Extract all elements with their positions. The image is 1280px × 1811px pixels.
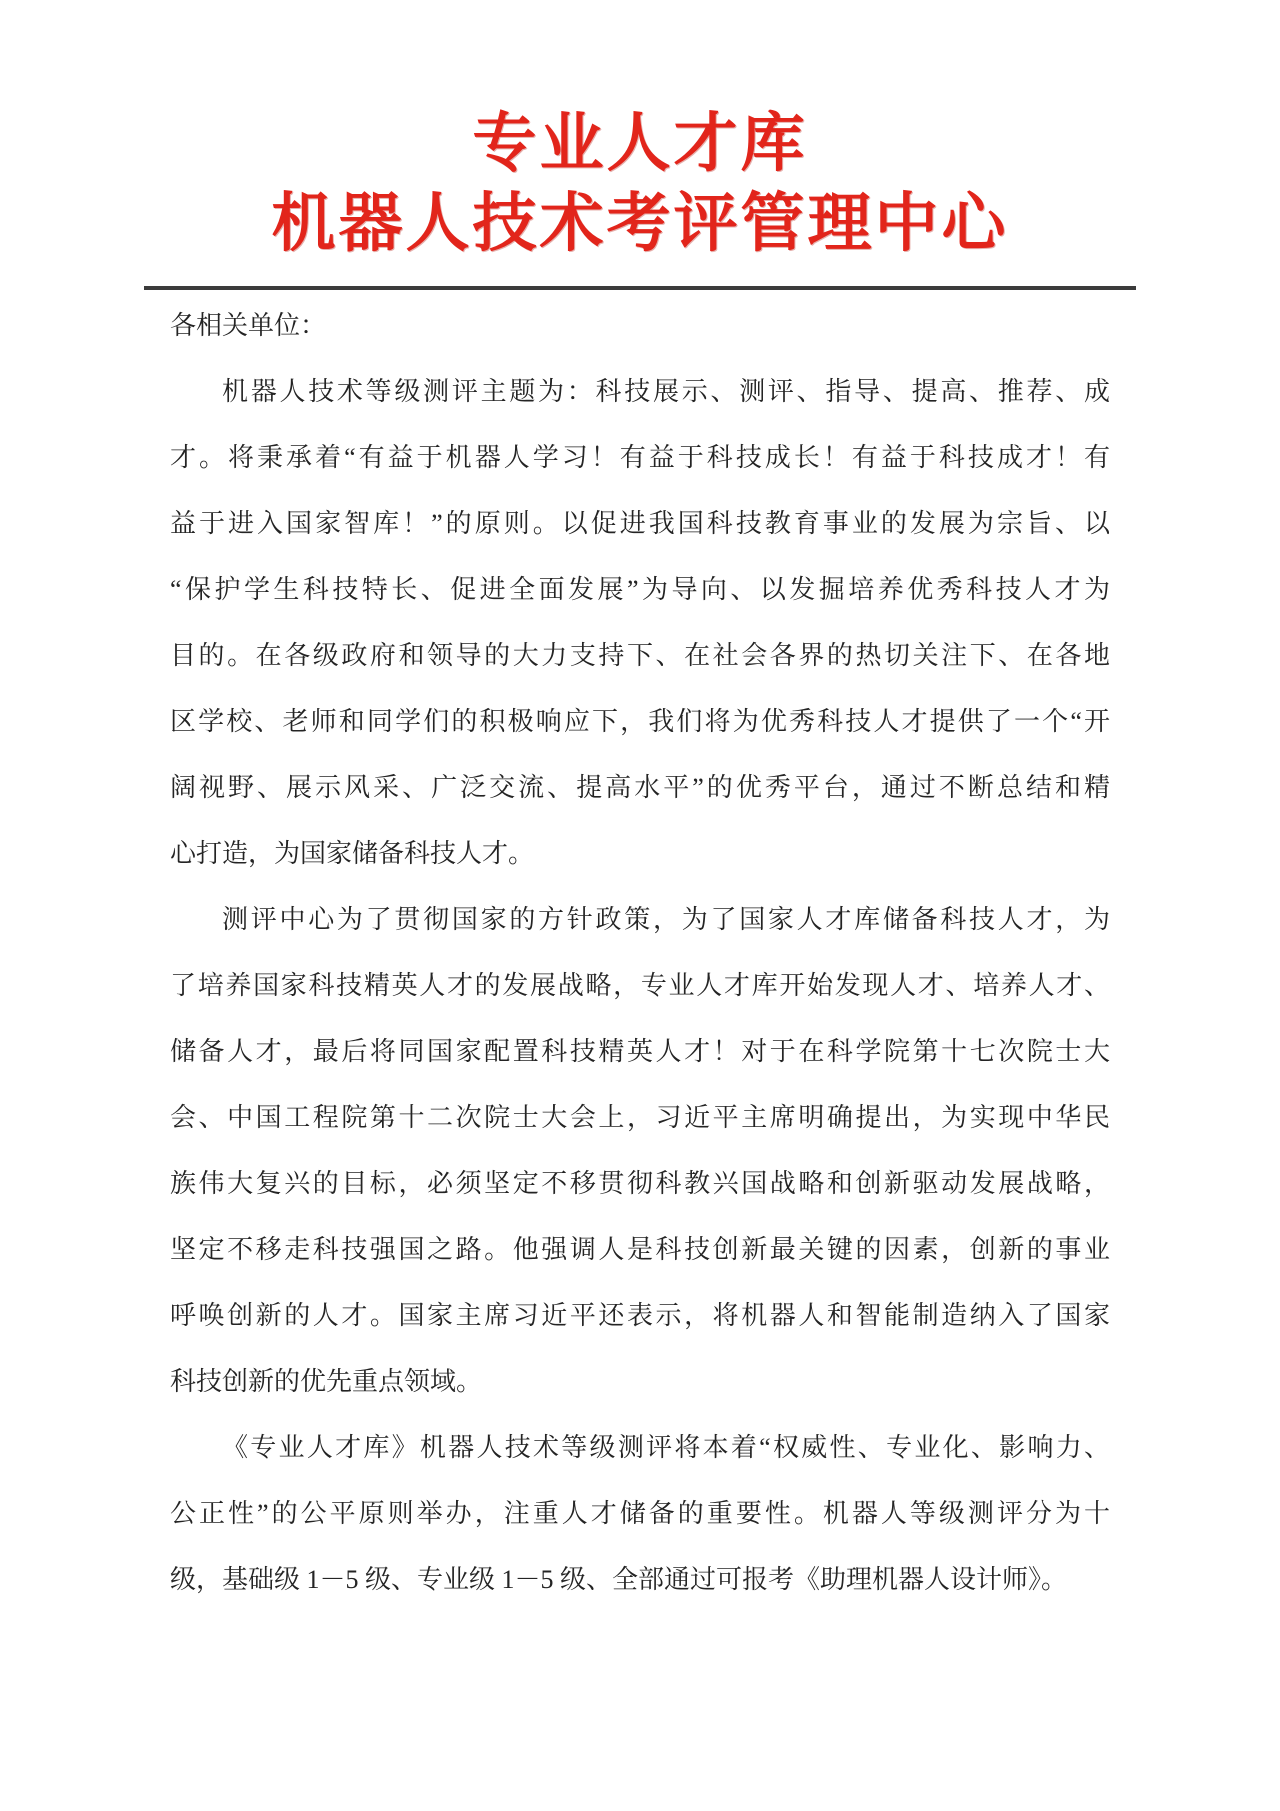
body-line: 族伟大复兴的目标，必须坚定不移贯彻科教兴国战略和创新驱动发展战略，: [170, 1151, 1110, 1217]
document-page: 专业人才库 机器人技术考评管理中心 各相关单位： 机器人技术等级测评主题为：科技…: [0, 0, 1280, 1811]
body-line: 区学校、老师和同学们的积极响应下，我们将为优秀科技人才提供了一个“开: [170, 689, 1110, 755]
body-line: 公正性”的公平原则举办，注重人才储备的重要性。机器人等级测评分为十: [170, 1481, 1110, 1547]
paragraph: 测评中心为了贯彻国家的方针政策，为了国家人才库储备科技人才，为了培养国家科技精英…: [170, 887, 1110, 1415]
paragraph: 机器人技术等级测评主题为：科技展示、测评、指导、提高、推荐、成才。将秉承着“有益…: [170, 359, 1110, 887]
body-line: 机器人技术等级测评主题为：科技展示、测评、指导、提高、推荐、成: [170, 359, 1110, 425]
letter-body: 各相关单位： 机器人技术等级测评主题为：科技展示、测评、指导、提高、推荐、成才。…: [170, 293, 1110, 1613]
body-line: 了培养国家科技精英人才的发展战略，专业人才库开始发现人才、培养人才、: [170, 953, 1110, 1019]
document-title-line-1: 专业人才库: [0, 104, 1280, 184]
body-line: 科技创新的优先重点领域。: [170, 1349, 1110, 1415]
body-line: 储备人才，最后将同国家配置科技精英人才！对于在科学院第十七次院士大: [170, 1019, 1110, 1085]
body-line: 益于进入国家智库！”的原则。以促进我国科技教育事业的发展为宗旨、以: [170, 491, 1110, 557]
paragraph: 《专业人才库》机器人技术等级测评将本着“权威性、专业化、影响力、公正性”的公平原…: [170, 1415, 1110, 1613]
document-title-line-2: 机器人技术考评管理中心: [0, 184, 1280, 264]
document-header: 专业人才库 机器人技术考评管理中心: [0, 0, 1280, 264]
salutation: 各相关单位：: [170, 293, 1110, 359]
body-line: 坚定不移走科技强国之路。他强调人是科技创新最关键的因素，创新的事业: [170, 1217, 1110, 1283]
paragraphs: 机器人技术等级测评主题为：科技展示、测评、指导、提高、推荐、成才。将秉承着“有益…: [170, 359, 1110, 1613]
body-line: 心打造，为国家储备科技人才。: [170, 821, 1110, 887]
body-line: 阔视野、展示风采、广泛交流、提高水平”的优秀平台，通过不断总结和精: [170, 755, 1110, 821]
body-line: 级，基础级 1－5 级、专业级 1－5 级、全部通过可报考《助理机器人设计师》。: [170, 1547, 1110, 1613]
body-line: 才。将秉承着“有益于机器人学习！有益于科技成长！有益于科技成才！有: [170, 425, 1110, 491]
body-line: 《专业人才库》机器人技术等级测评将本着“权威性、专业化、影响力、: [170, 1415, 1110, 1481]
body-line: 测评中心为了贯彻国家的方针政策，为了国家人才库储备科技人才，为: [170, 887, 1110, 953]
header-divider: [144, 286, 1136, 290]
body-line: 目的。在各级政府和领导的大力支持下、在社会各界的热切关注下、在各地: [170, 623, 1110, 689]
body-line: 会、中国工程院第十二次院士大会上，习近平主席明确提出，为实现中华民: [170, 1085, 1110, 1151]
body-line: 呼唤创新的人才。国家主席习近平还表示，将机器人和智能制造纳入了国家: [170, 1283, 1110, 1349]
body-line: “保护学生科技特长、促进全面发展”为导向、以发掘培养优秀科技人才为: [170, 557, 1110, 623]
